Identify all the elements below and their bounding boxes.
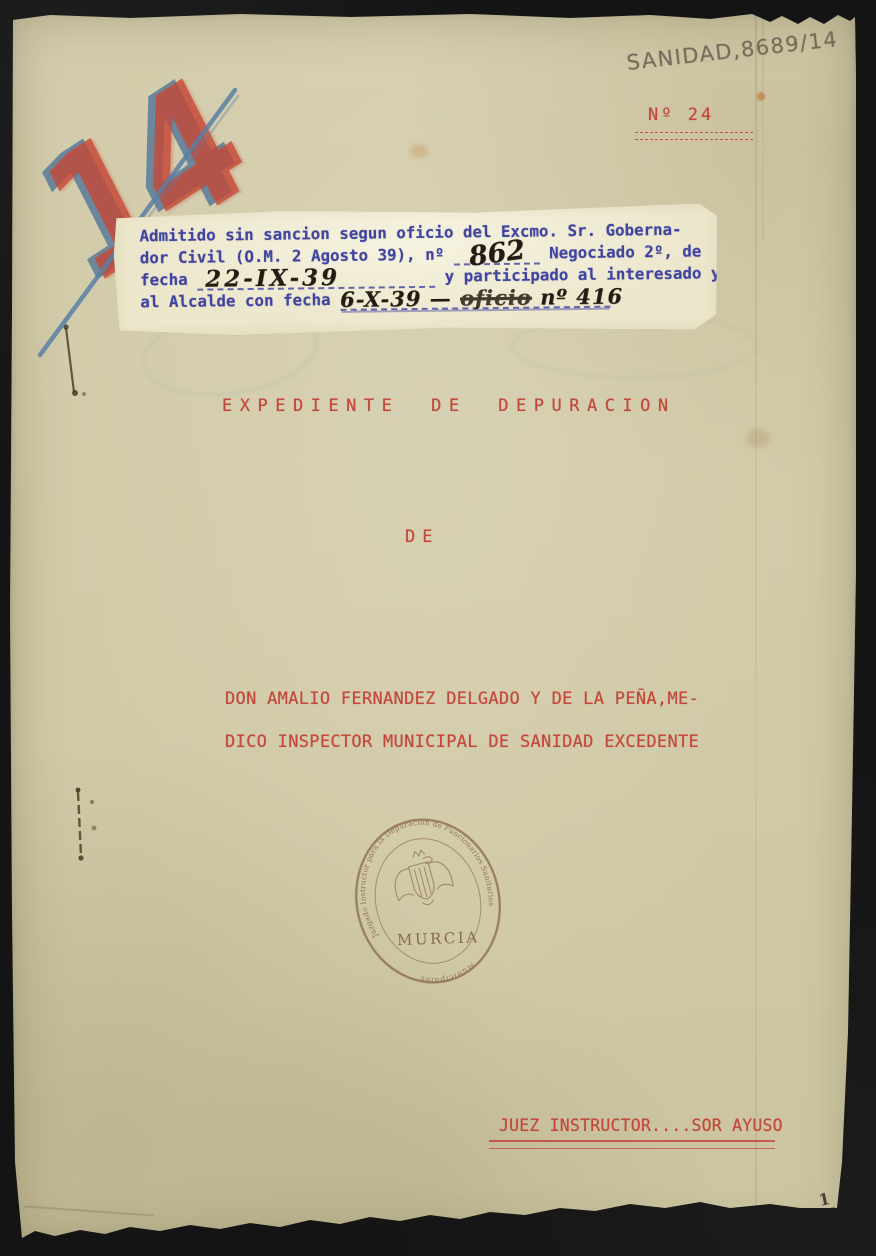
handwritten-date: 22-IX-39 xyxy=(197,273,340,285)
paper-fold xyxy=(24,1205,154,1216)
typed-text: fecha xyxy=(140,270,188,290)
document-title: EXPEDIENTE DE DEPURACION xyxy=(222,396,676,416)
ink-stain xyxy=(757,92,765,101)
stamp-ring-text-bottom: Municipales xyxy=(416,959,479,989)
svg-text:Municipales: Municipales xyxy=(416,959,479,989)
handwritten-struck-word: oficio xyxy=(460,285,532,311)
typed-text: al Alcalde con fecha xyxy=(140,290,330,311)
judge-instructor-line: JUEZ INSTRUCTOR....SOR AYUSO xyxy=(499,1116,783,1135)
file-number-underline xyxy=(635,132,753,140)
subject-name-line-1: DON AMALIO FERNANDEZ DELGADO Y DE LA PEÑ… xyxy=(225,689,699,709)
paper-crease xyxy=(755,12,757,1212)
handwritten-date: 6-X-39 — xyxy=(340,286,452,312)
scanned-archive-page: SANIDAD,8689/14 14 Nº 24 Admitido sin sa… xyxy=(0,0,876,1256)
typed-text: y participado al interesado y xyxy=(445,263,721,285)
filled-blank-oficio-number: 862 xyxy=(454,243,540,265)
stamp-ring-text: Juzgado Instructor para la Depuración de… xyxy=(348,813,500,942)
handwritten-annotation: 6-X-39 — oficio nº 416 xyxy=(340,291,623,304)
svg-text:Juzgado Instructor para la Dep: Juzgado Instructor para la Depuración de… xyxy=(348,813,500,942)
handwritten-reference: nº 416 xyxy=(540,283,623,309)
page-number: 1 xyxy=(814,1188,835,1212)
admission-slip: Admitido sin sancion segun oficio del Ex… xyxy=(113,203,718,336)
stamp-emblem-eagle xyxy=(387,844,457,911)
admission-line-1: Admitido sin sancion segun oficio del Ex… xyxy=(139,220,681,246)
file-number: Nº 24 xyxy=(648,105,714,125)
handwritten-number: 862 xyxy=(468,245,525,262)
typed-text: Negociado 2º, de xyxy=(549,242,701,263)
document-sheet: SANIDAD,8689/14 14 Nº 24 Admitido sin sa… xyxy=(10,12,856,1245)
paper-stain xyxy=(746,428,770,448)
title-connector: DE xyxy=(405,527,439,547)
admission-line-4: al Alcalde con fecha 6-X-39 — oficio nº … xyxy=(140,287,610,314)
staple-rust-mark xyxy=(68,784,108,868)
staple-rust-mark xyxy=(54,322,94,406)
rubber-stamp-murcia: Juzgado Instructor para la Depuración de… xyxy=(348,813,508,989)
stamp-center-text: MURCIA xyxy=(397,928,480,949)
subject-name-line-2: DICO INSPECTOR MUNICIPAL DE SANIDAD EXCE… xyxy=(225,732,699,752)
paper-stain xyxy=(410,144,428,158)
judge-line-underline xyxy=(489,1140,775,1149)
filled-blank-date-2: 6-X-39 — oficio nº 416 xyxy=(340,287,610,311)
archive-reference: SANIDAD,8689/14 xyxy=(625,25,856,75)
